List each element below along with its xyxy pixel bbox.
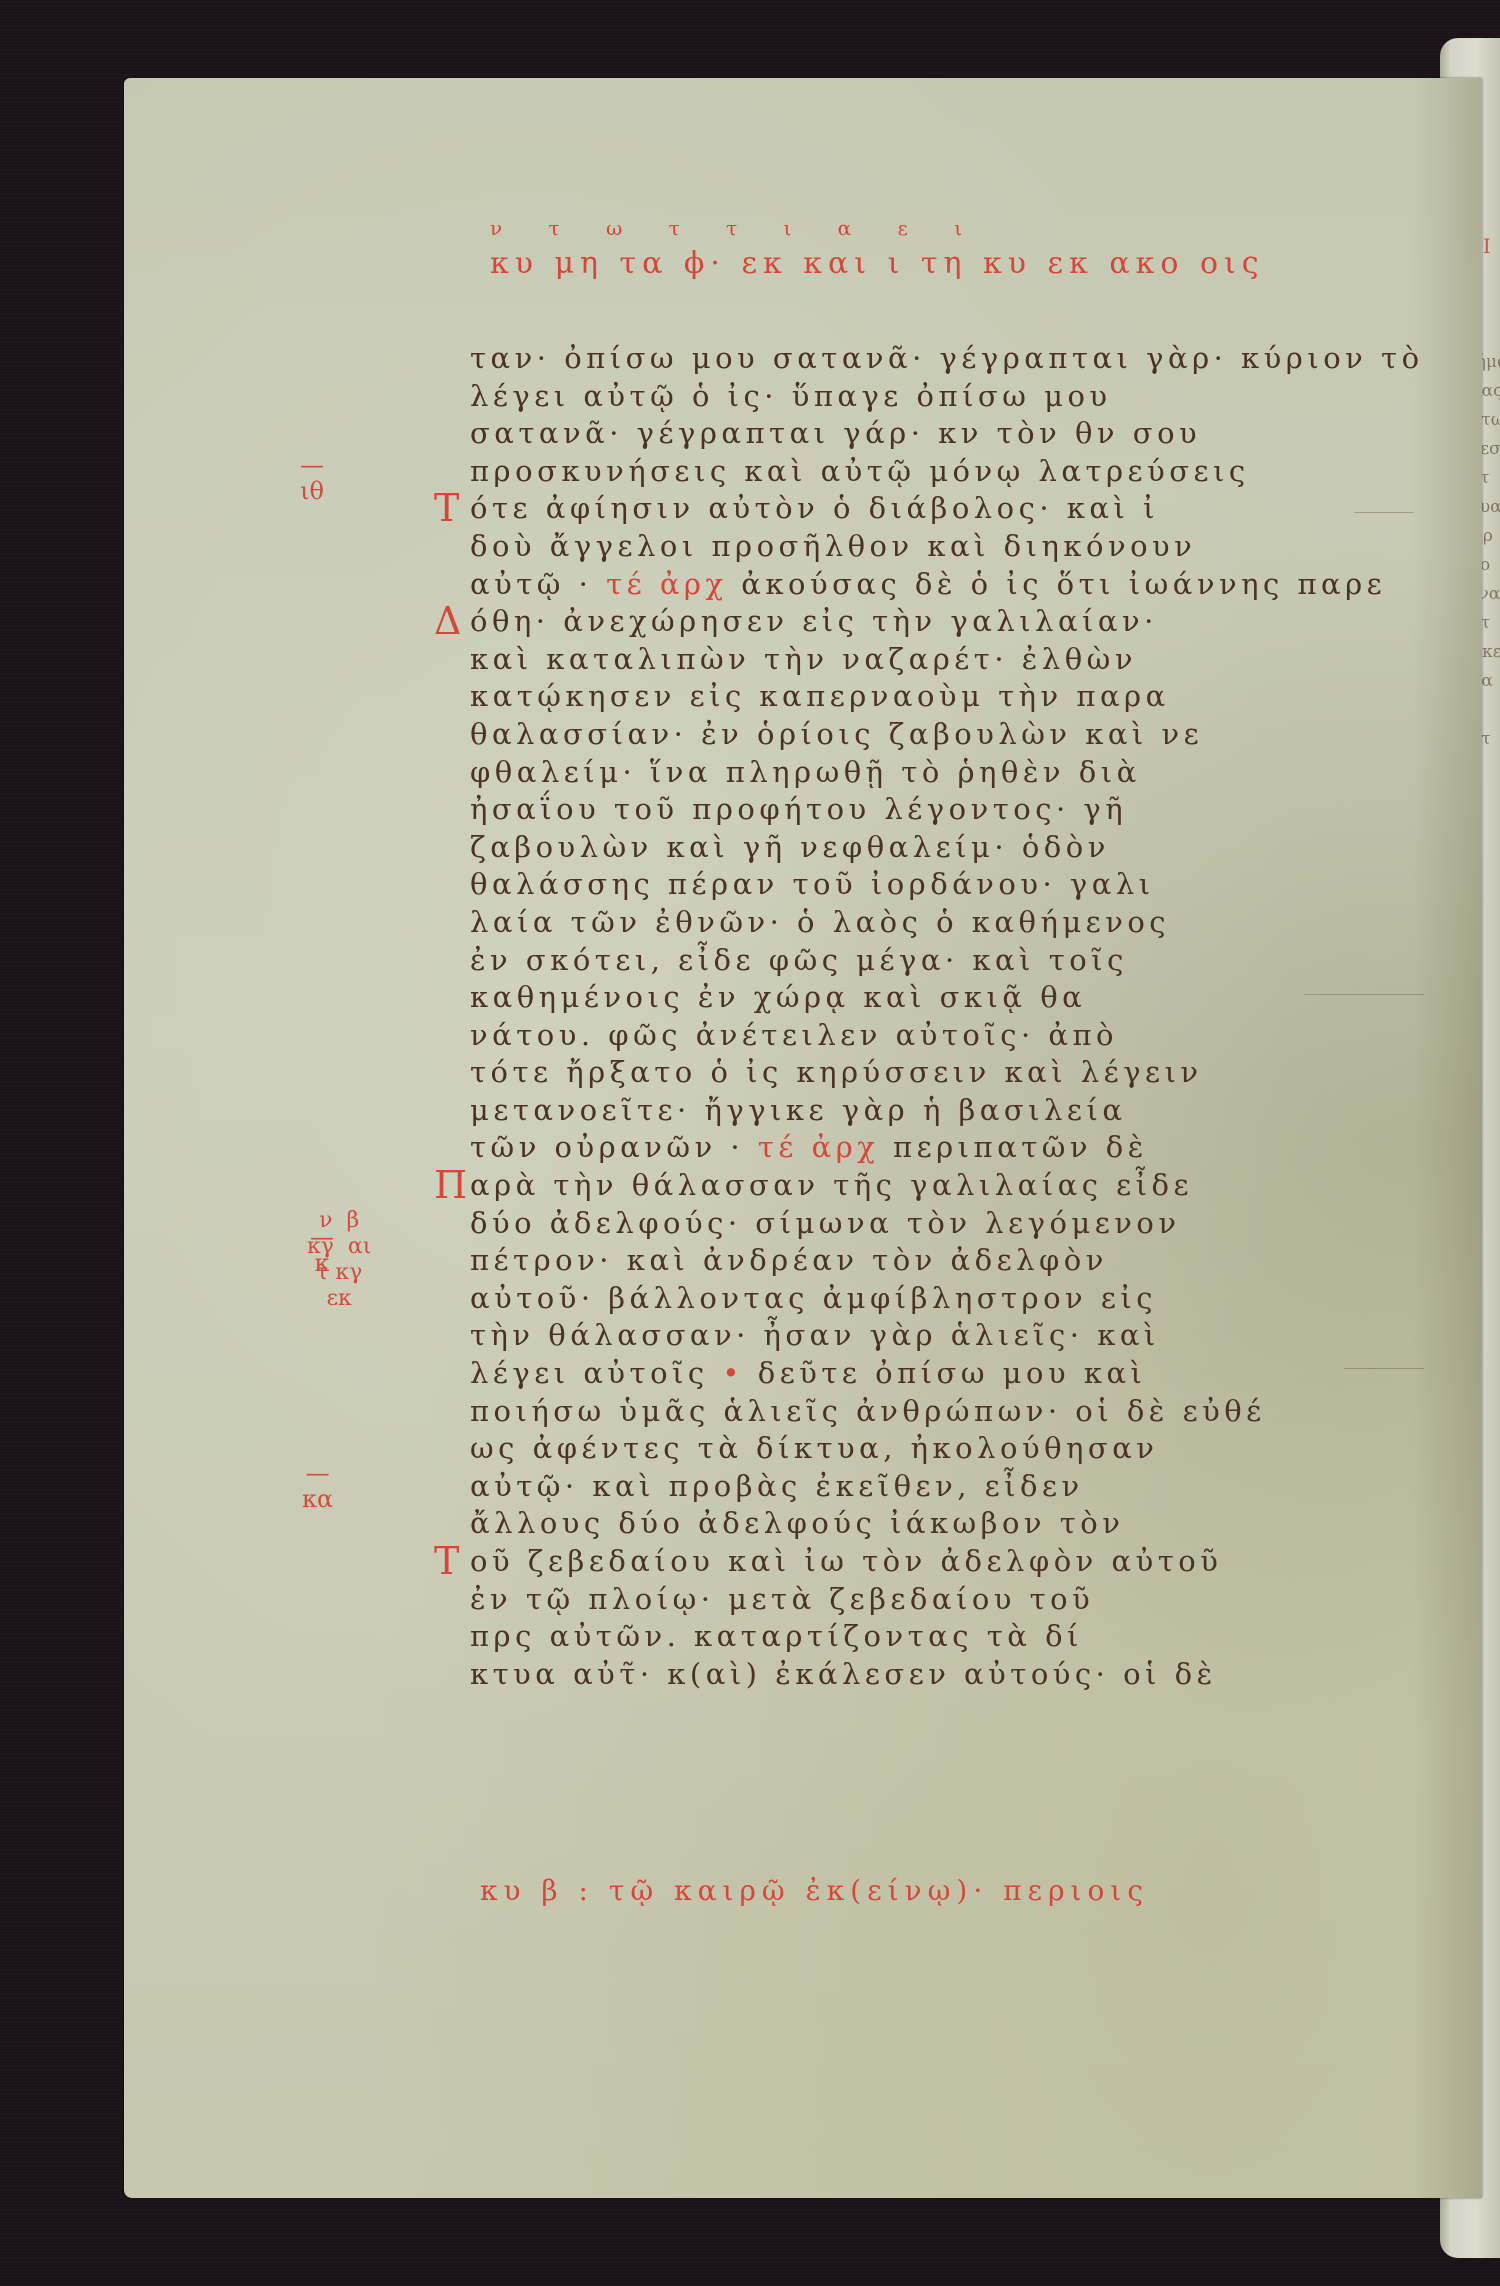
text-line: κατῴκησεν εἰς καπερναοὺμ τὴν παρα <box>470 678 1370 716</box>
text-line: θαλασσίαν· ἐν ὁρίοις ζαβουλὼν καὶ νε <box>470 716 1370 754</box>
line-text: δοὺ ἄγγελοι προσῆλθον καὶ διηκόνουν <box>470 529 1196 563</box>
line-text: λαία τῶν ἐθνῶν· ὁ λαὸς ὁ καθήμενος <box>470 905 1170 939</box>
text-line: αὐτῷ· καὶ προβὰς ἐκεῖθεν, εἶδεν <box>470 1468 1370 1506</box>
margin-note-21: — κα <box>302 1460 333 1512</box>
line-text: αὐτῷ· καὶ προβὰς ἐκεῖθεν, εἶδεν <box>470 1469 1084 1503</box>
line-text: τότε ἤρξατο ὁ ἰς κηρύσσειν καὶ λέγειν <box>470 1055 1203 1089</box>
line-text: ἄλλους δύο ἀδελφούς ἰάκωβον τὸν <box>470 1506 1124 1540</box>
line-text: νάτου. φῶς ἀνέτειλεν αὐτοῖς· ἀπὸ <box>470 1018 1118 1052</box>
text-line: Δόθη· ἀνεχώρησεν εἰς τὴν γαλιλαίαν· <box>470 603 1370 641</box>
line-text: θαλάσσης πέραν τοῦ ἰορδάνου· γαλι <box>470 867 1155 901</box>
text-line: τῶν οὐρανῶν · τέ ἀρχ περιπατῶν δὲ <box>470 1129 1370 1167</box>
line-text: σατανᾶ· γέγραπται γάρ· κν τὸν θν σου <box>470 416 1201 450</box>
text-line: τὴν θάλασσαν· ἦσαν γὰρ ἁλιεῖς· καὶ <box>470 1317 1370 1355</box>
line-text: αὐτῷ · <box>470 567 592 601</box>
text-line: πέτρον· καὶ ἀνδρέαν τὸν ἀδελφὸν <box>470 1242 1370 1280</box>
text-line: πρς αὐτῶν. καταρτίζοντας τὰ δί <box>470 1618 1370 1656</box>
text-line: φθαλείμ· ἵνα πληρωθῇ τὸ ῥηθὲν διὰ <box>470 754 1370 792</box>
rubric-header-text: κυ μη τα ϕ· εκ και ι τη κυ εκ ακο οις <box>490 246 1265 281</box>
text-line: θαλάσσης πέραν τοῦ ἰορδάνου· γαλι <box>470 866 1370 904</box>
text-line: σατανᾶ· γέγραπται γάρ· κν τὸν θν σου <box>470 415 1370 453</box>
line-text: προσκυνήσεις καὶ αὐτῷ μόνῳ λατρεύσεις <box>470 454 1250 488</box>
line-text: μετανοεῖτε· ἤγγικε γὰρ ἡ βασιλεία <box>470 1093 1126 1127</box>
text-line: τότε ἤρξατο ὁ ἰς κηρύσσειν καὶ λέγειν <box>470 1054 1370 1092</box>
line-text: δύο ἀδελφούς· σίμωνα τὸν λεγόμενον <box>470 1206 1181 1240</box>
text-line: κτυα αὐτ̃· κ(αὶ) ἐκάλεσεν αὐτούς· οἱ δὲ <box>470 1656 1370 1694</box>
line-text: καὶ καταλιπὼν τὴν ναζαρέτ· ἐλθὼν <box>470 642 1137 676</box>
line-text: λέγει αὐτῷ ὁ ἰς· ὕπαγε ὀπίσω μου <box>470 379 1112 413</box>
margin-note-19: — ιθ <box>300 452 324 504</box>
text-line: αὐτῷ · τέ ἀρχ ἀκούσας δὲ ὁ ἰς ὅτι ἰωάννη… <box>470 566 1370 604</box>
red-initial: Τ <box>434 490 464 528</box>
text-line: Παρὰ τὴν θάλασσαν τῆς γαλιλαίας εἶδε <box>470 1167 1370 1205</box>
line-text: ζαβουλὼν καὶ γῆ νεφθαλείμ· ὁδὸν <box>470 830 1110 864</box>
text-line: προσκυνήσεις καὶ αὐτῷ μόνῳ λατρεύσεις <box>470 453 1370 491</box>
line-text: οῦ ζεβεδαίου καὶ ἰω τὸν ἀδελφὸν αὐτοῦ <box>470 1544 1222 1578</box>
text-line: νάτου. φῶς ἀνέτειλεν αὐτοῖς· ἀπὸ <box>470 1017 1370 1055</box>
line-text: ἠσαΐου τοῦ προφήτου λέγοντος· γῆ <box>470 792 1127 826</box>
rubric-footer: κυ β : τῷ καιρῷ ἐκ(είνῳ)· περιοις <box>480 1874 1149 1907</box>
line-text: κτυα αὐτ̃· κ(αὶ) ἐκάλεσεν αὐτούς· οἱ δὲ <box>470 1657 1217 1691</box>
text-line: λαία τῶν ἐθνῶν· ὁ λαὸς ὁ καθήμενος <box>470 904 1370 942</box>
gutter-shadow <box>1412 78 1482 2198</box>
line-text: αρὰ τὴν θάλασσαν τῆς γαλιλαίας εἶδε <box>470 1168 1193 1202</box>
text-line: Τότε ἀφίησιν αὐτὸν ὁ διάβολος· καὶ ἰ <box>470 490 1370 528</box>
text-line: ως ἀφέντες τὰ δίκτυα, ἠκολούθησαν <box>470 1430 1370 1468</box>
line-text: ἐν τῷ πλοίῳ· μετὰ ζεβεδαίου τοῦ <box>470 1582 1094 1616</box>
text-line: Τοῦ ζεβεδαίου καὶ ἰω τὸν ἀδελφὸν αὐτοῦ <box>470 1543 1370 1581</box>
text-line: λέγει αὐτῷ ὁ ἰς· ὕπαγε ὀπίσω μου <box>470 378 1370 416</box>
red-initial: Δ <box>434 603 466 641</box>
line-text: ποιήσω ὑμᾶς ἁλιεῖς ἀνθρώπων· οἱ δὲ εὐθέ <box>470 1394 1266 1428</box>
red-initial: Τ <box>434 1543 464 1581</box>
rubric-header: ν τ ω τ τ ι α ε ι κυ μη τα ϕ· εκ και ι τ… <box>490 246 1265 281</box>
text-line: ποιήσω ὑμᾶς ἁλιεῖς ἀνθρώπων· οἱ δὲ εὐθέ <box>470 1393 1370 1431</box>
line-text: κατῴκησεν εἰς καπερναοὺμ τὴν παρα <box>470 679 1170 713</box>
text-line: αὐτοῦ· βάλλοντας ἀμφίβληστρον εἰς <box>470 1280 1370 1318</box>
line-text: ταν· ὀπίσω μου σατανᾶ· γέγραπται γὰρ· κύ… <box>470 341 1424 375</box>
text-line: δύο ἀδελφούς· σίμωνα τὸν λεγόμενον <box>470 1205 1370 1243</box>
line-text: καθημένοις ἐν χώρᾳ καὶ σκιᾷ θα <box>470 980 1086 1014</box>
text-line: ζαβουλὼν καὶ γῆ νεφθαλείμ· ὁδὸν <box>470 829 1370 867</box>
rubric-header-superscript: ν τ ω τ τ ι α ε ι <box>490 216 982 240</box>
text-line: δοὺ ἄγγελοι προσῆλθον καὶ διηκόνουν <box>470 528 1370 566</box>
text-line: ἠσαΐου τοῦ προφήτου λέγοντος· γῆ <box>470 791 1370 829</box>
red-initial: Π <box>434 1167 472 1205</box>
line-text: ἐν σκότει, εἶδε φῶς μέγα· καὶ τοῖς <box>470 943 1128 977</box>
line-text: πέτρον· καὶ ἀνδρέαν τὸν ἀδελφὸν <box>470 1243 1108 1277</box>
text-line: ἐν τῷ πλοίῳ· μετὰ ζεβεδαίου τοῦ <box>470 1581 1370 1619</box>
main-text-column: ταν· ὀπίσω μου σατανᾶ· γέγραπται γὰρ· κύ… <box>470 340 1370 1693</box>
margin-note-20: — κ <box>310 1224 334 1276</box>
text-line: ἄλλους δύο ἀδελφούς ἰάκωβον τὸν <box>470 1505 1370 1543</box>
text-line: ταν· ὀπίσω μου σατανᾶ· γέγραπται γὰρ· κύ… <box>470 340 1370 378</box>
rubric-lection-marker: τέ ἀρχ <box>606 567 728 601</box>
line-text: τῶν οὐρανῶν · <box>470 1130 744 1164</box>
text-line: καὶ καταλιπὼν τὴν ναζαρέτ· ἐλθὼν <box>470 641 1370 679</box>
text-line: καθημένοις ἐν χώρᾳ καὶ σκιᾷ θα <box>470 979 1370 1017</box>
manuscript-page: ν τ ω τ τ ι α ε ι κυ μη τα ϕ· εκ και ι τ… <box>124 78 1482 2198</box>
line-text: τὴν θάλασσαν· ἦσαν γὰρ ἁλιεῖς· καὶ <box>470 1318 1160 1352</box>
red-punctuation-dot: • <box>722 1356 744 1390</box>
line-text: φθαλείμ· ἵνα πληρωθῇ τὸ ῥηθὲν διὰ <box>470 755 1141 789</box>
line-text: ως ἀφέντες τὰ δίκτυα, ἠκολούθησαν <box>470 1431 1158 1465</box>
line-text: περιπατῶν δὲ <box>893 1130 1148 1164</box>
line-text: πρς αὐτῶν. καταρτίζοντας τὰ δί <box>470 1619 1083 1653</box>
text-line: ἐν σκότει, εἶδε φῶς μέγα· καὶ τοῖς <box>470 942 1370 980</box>
text-line: λέγει αὐτοῖς • δεῦτε ὀπίσω μου καὶ <box>470 1355 1370 1393</box>
line-text: όθη· ἀνεχώρησεν εἰς τὴν γαλιλαίαν· <box>470 604 1158 638</box>
line-text: ἀκούσας δὲ ὁ ἰς ὅτι ἰωάννης παρε <box>741 567 1386 601</box>
line-text: αὐτοῦ· βάλλοντας ἀμφίβληστρον εἰς <box>470 1281 1157 1315</box>
line-text: λέγει αὐτοῖς <box>470 1356 709 1390</box>
line-text: ότε ἀφίησιν αὐτὸν ὁ διάβολος· καὶ ἰ <box>470 491 1159 525</box>
text-line: μετανοεῖτε· ἤγγικε γὰρ ἡ βασιλεία <box>470 1092 1370 1130</box>
rubric-lection-marker: τέ ἀρχ <box>758 1130 880 1164</box>
line-text: θαλασσίαν· ἐν ὁρίοις ζαβουλὼν καὶ νε <box>470 717 1203 751</box>
line-text: δεῦτε ὀπίσω μου καὶ <box>758 1356 1147 1390</box>
